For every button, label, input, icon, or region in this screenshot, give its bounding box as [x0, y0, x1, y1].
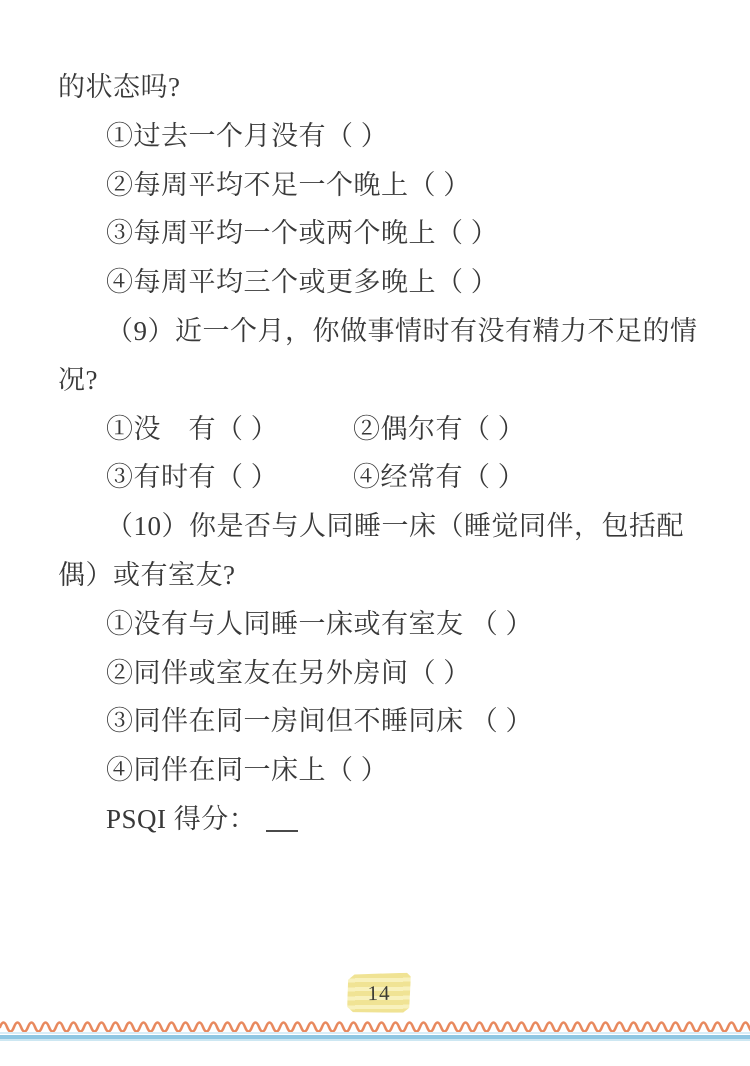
text-line-continuation: 的状态吗?: [58, 63, 710, 112]
option-q10-4: ④同伴在同一床上（ ）: [58, 746, 710, 795]
option-line-1: ①过去一个月没有（ ）: [58, 112, 710, 161]
option-q9-4: ④经常有（ ）: [353, 453, 525, 502]
option-q10-2: ②同伴或室友在另外房间（ ）: [58, 649, 710, 698]
questionnaire-text: 的状态吗? ①过去一个月没有（ ） ②每周平均不足一个晚上（ ） ③每周平均一个…: [58, 63, 710, 844]
book-page: 的状态吗? ①过去一个月没有（ ） ②每周平均不足一个晚上（ ） ③每周平均一个…: [0, 0, 750, 1066]
wave-path: [0, 1023, 750, 1032]
bottom-rule: [0, 1032, 750, 1041]
question-9-line-2: 况?: [58, 356, 710, 405]
option-line-3: ③每周平均一个或两个晚上（ ）: [58, 209, 710, 258]
page-number-tape: 14: [347, 973, 411, 1014]
option-line-2: ②每周平均不足一个晚上（ ）: [58, 161, 710, 210]
option-q10-1: ①没有与人同睡一床或有室友 （ ）: [58, 600, 710, 649]
option-q9-3: ③有时有（ ）: [106, 453, 353, 502]
option-q9-2: ②偶尔有（ ）: [353, 405, 525, 454]
question-9-line-1: （9）近一个月，你做事情时有没有精力不足的情: [58, 307, 710, 356]
psqi-score-label: PSQI 得分：: [106, 804, 256, 834]
psqi-score-blank: [266, 824, 298, 832]
question-9-options-row-2: ③有时有（ ） ④经常有（ ）: [58, 453, 710, 502]
question-9-options-row-1: ①没 有（ ） ②偶尔有（ ）: [58, 405, 710, 454]
page-number: 14: [367, 980, 390, 1005]
option-line-4: ④每周平均三个或更多晚上（ ）: [58, 258, 710, 307]
question-10-line-1: （10）你是否与人同睡一床（睡觉同伴，包括配: [58, 502, 710, 551]
wave-divider: [0, 1017, 750, 1033]
psqi-score-line: PSQI 得分：: [58, 795, 710, 844]
option-q10-3: ③同伴在同一房间但不睡同床 （ ）: [58, 697, 710, 746]
option-q9-1: ①没 有（ ）: [106, 405, 353, 454]
question-10-line-2: 偶）或有室友?: [58, 551, 710, 600]
